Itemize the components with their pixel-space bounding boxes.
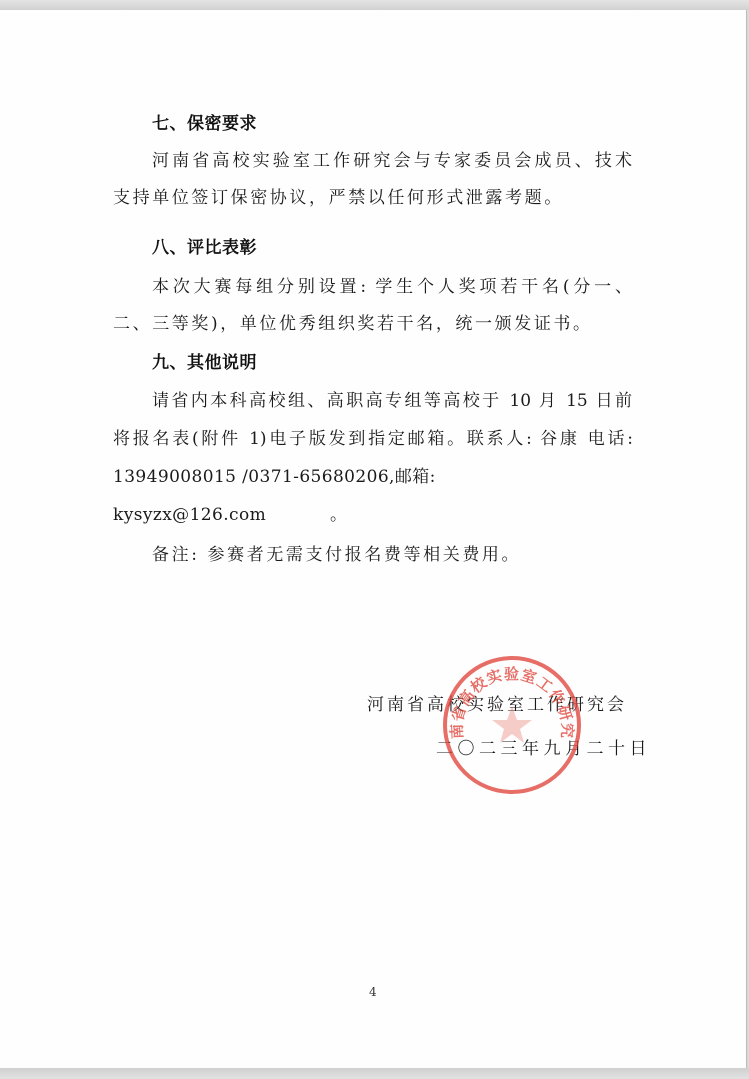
signature-organization: 河南省高校实验室工作研究会 xyxy=(367,694,627,716)
paragraph-line: 本次大赛每组分别设置: 学生个人奖项若干名(分一、 xyxy=(152,276,632,298)
document-page: 七、保密要求 河南省高校实验室工作研究会与专家委员会成员、技术 支持单位签订保密… xyxy=(0,10,747,1068)
paragraph-line: 支持单位签订保密协议，严禁以任何形式泄露考题。 xyxy=(113,187,633,209)
section-heading-confidentiality: 七、保密要求 xyxy=(152,113,672,135)
page-number: 4 xyxy=(369,985,377,999)
paragraph-line: 河南省高校实验室工作研究会与专家委员会成员、技术 xyxy=(152,150,632,172)
signature-date: 二〇二三年九月二十日 xyxy=(436,738,651,760)
paragraph-line: 请省内本科高校组、高职高专组等高校于 10 月 15 日前 xyxy=(152,390,632,412)
note-line: 备注: 参赛者无需支付报名费等相关费用。 xyxy=(152,544,672,566)
section-heading-other-notes: 九、其他说明 xyxy=(152,352,672,374)
paragraph-line: 二、三等奖)，单位优秀组织奖若干名，统一颁发证书。 xyxy=(113,313,633,335)
viewer-bottom-bar xyxy=(0,1068,749,1079)
contact-phone-line: 13949008015 /0371-65680206,邮箱: xyxy=(113,466,633,488)
section-heading-awards: 八、评比表彰 xyxy=(152,237,672,259)
contact-email-line: kysyzx@126.com 。 xyxy=(113,504,633,526)
paragraph-line: 将报名表(附件 1)电子版发到指定邮箱。联系人: 谷康 电话: xyxy=(113,428,633,450)
official-seal-icon: 河南省高校实验室工作研究会 xyxy=(441,654,583,796)
viewer-top-bar xyxy=(0,0,749,10)
